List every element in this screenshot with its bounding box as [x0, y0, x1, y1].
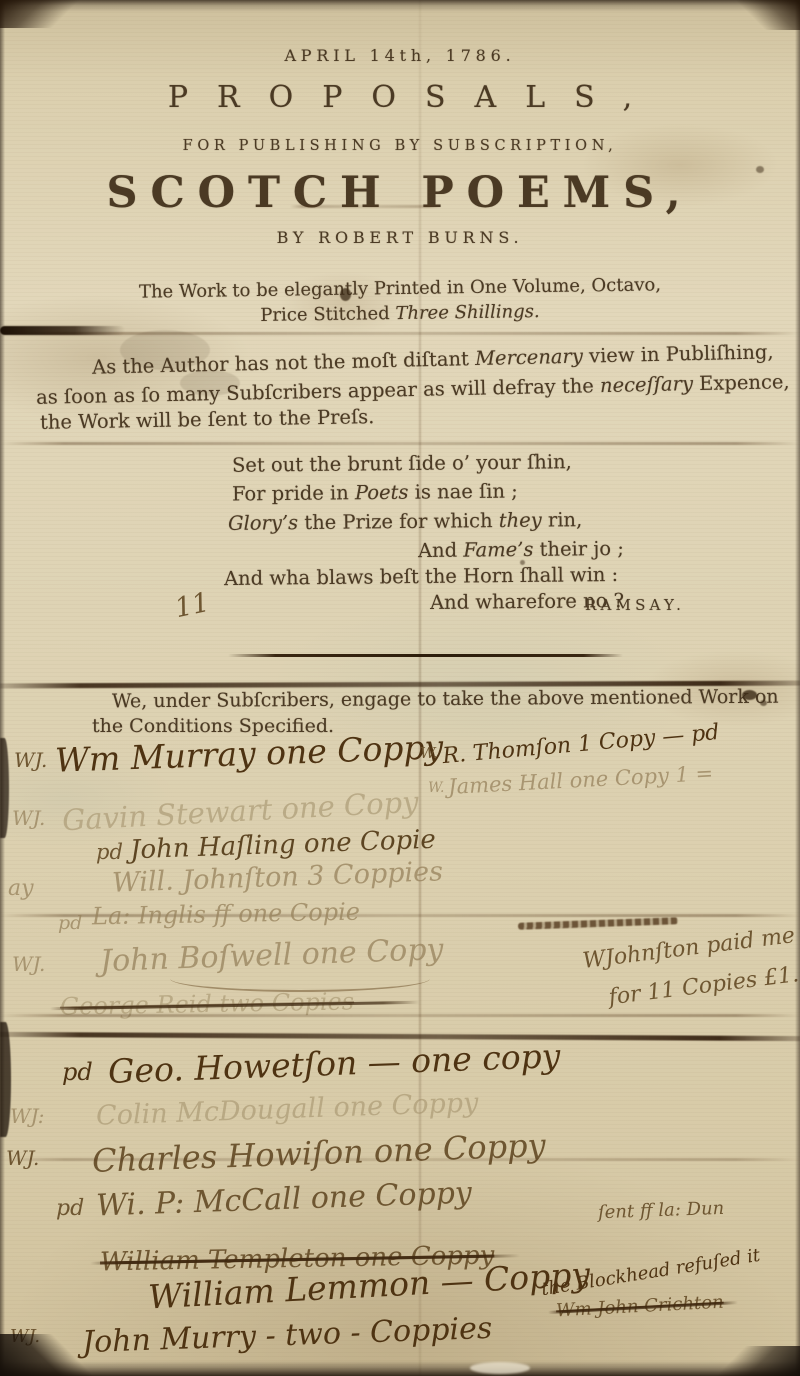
poem-line-1: Set out the brunt ſide o’ your ſhin, [232, 450, 572, 477]
subscriber-name: La: Inglis ff one Copie [92, 898, 360, 931]
subscriber-prefix: WJ: [10, 1104, 45, 1128]
work-title: SCOTCH POEMS, [0, 168, 800, 218]
smudge-stain [120, 330, 210, 370]
poem-line-2: For pride in Poets is nae ſin ; [232, 480, 518, 506]
subscriber-prefix: pd [58, 912, 82, 934]
subscriber-prefix: WJ. [14, 748, 47, 772]
poem-text: rin, [542, 508, 583, 531]
poem-text: And [418, 539, 464, 562]
clause-line-1: We, under Subſcribers, engage to take th… [112, 686, 779, 713]
poem-italic: Poets [355, 481, 409, 505]
document-scan: APRIL 14th, 1786. PROPOSALS, FOR PUBLISH… [0, 0, 800, 1376]
subscriber-prefix: pd [56, 1196, 84, 1221]
fold-crease [290, 205, 440, 208]
subscriber-prefix: ay [8, 876, 34, 901]
subscriber-prefix: WJ. [12, 806, 45, 830]
fold-crease [0, 1014, 800, 1017]
smudge-stain [180, 370, 240, 396]
poem-line-3: Glory’s the Prize for which they rin, [228, 508, 582, 535]
page-title: PROPOSALS, [0, 80, 800, 115]
poem-text: the Prize for which [298, 509, 499, 534]
preamble-text: Expence, [693, 370, 790, 395]
poem-line-5: And wha blaws beſt the Horn ſhall win : [224, 563, 618, 590]
ink-stain [742, 690, 757, 700]
preamble-italic: Mercenary [475, 345, 583, 370]
subscriber-prefix: W. [428, 780, 444, 796]
preamble-italic: neceſſary [600, 372, 693, 397]
ink-stain [760, 700, 767, 706]
poem-text: is nae ſin ; [408, 480, 518, 504]
torn-edge-left [0, 0, 5, 1376]
printed-rule [228, 654, 623, 657]
poem-attribution: RAMSAY. [585, 596, 685, 614]
conditions-price-italic: Three Shillings. [395, 301, 540, 324]
poem-italic: Glory’s [228, 511, 298, 535]
fold-crease [0, 442, 800, 445]
fold-crease-dark-end [0, 326, 125, 335]
subscriber-prefix: pd [96, 840, 123, 864]
ink-stain [340, 288, 351, 301]
date-line: APRIL 14th, 1786. [0, 46, 800, 65]
torn-edge-bottom [0, 1361, 800, 1376]
fold-crease [0, 1158, 800, 1161]
poem-text: their jo ; [533, 537, 624, 561]
preamble-text: view in Publiſhing, [583, 340, 774, 367]
subscriber-note: ſent ff la: Dun [598, 1198, 725, 1223]
ink-stain [520, 560, 525, 565]
torn-edge-top [0, 0, 800, 12]
poem-line-4: And Fame’s their jo ; [418, 537, 624, 562]
subscriber-prefix: pd [62, 1058, 93, 1086]
subscriber-prefix: W. [420, 744, 438, 762]
subscription-subtitle: FOR PUBLISHING BY SUBSCRIPTION, [0, 138, 800, 154]
poem-italic: Fame’s [463, 538, 533, 562]
poem-text: For pride in [232, 481, 355, 505]
poem-italic: they [499, 509, 542, 532]
conditions-price-plain: Price Stitched [260, 303, 395, 326]
ink-stain [756, 166, 764, 173]
subscriber-prefix: WJ. [12, 952, 45, 976]
subscriber-prefix: WJ. [10, 1326, 40, 1347]
torn-edge-right [795, 0, 800, 1376]
author-line: BY ROBERT BURNS. [0, 228, 800, 247]
